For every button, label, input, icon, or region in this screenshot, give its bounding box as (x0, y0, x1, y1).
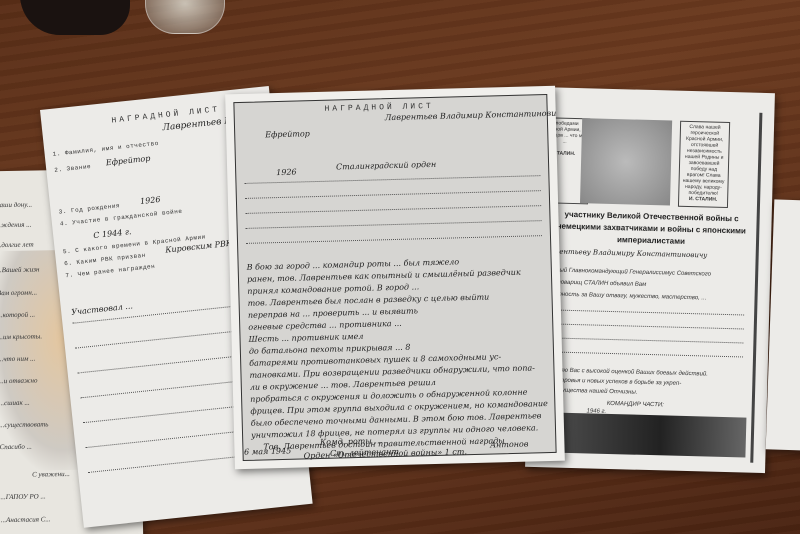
award-sheet-center: НАГРАДНОЙ ЛИСТ Лаврентьев Владимир Конст… (225, 86, 565, 470)
quote-signature: И. СТАЛИН. (689, 196, 718, 203)
citation-line: огневые средства ... противника ... (248, 319, 402, 332)
field-label: 3. Год рождения (58, 202, 120, 215)
ruled-line (245, 190, 541, 199)
letter-line: ...которой ... (0, 311, 35, 320)
lenin-stalin-portrait (580, 118, 672, 205)
letter-line: С уважени... (32, 470, 70, 479)
letter-line: ...Вашей жизн (0, 265, 39, 274)
body-line: благодарность за Вашу отвагу, мужество, … (536, 291, 764, 303)
letter-line: ...что ним ... (0, 355, 35, 364)
handwritten-value: Ефрейтор (105, 154, 150, 168)
handwritten-unit: Сталинградский орден (336, 160, 436, 172)
citation-line: переправ на ... проверить ... и выявить (248, 306, 418, 319)
heading-line: империалистами (537, 233, 765, 248)
recipient-name: Лаврентьеву Владимиру Константиновичу (541, 247, 708, 259)
signature-role: Ст. лейтенант (330, 447, 399, 458)
closing-line: ление могущества нашей Отчизны. (533, 387, 761, 399)
letter-line: ...сшиак ... (0, 399, 30, 408)
letter-line: ...и отважно (0, 376, 38, 385)
quote-text: Слава нашей героической Красной Армии, о… (683, 124, 725, 197)
handwritten-value: 1926 (140, 195, 161, 206)
ruled-line (536, 337, 743, 343)
letter-line: Вам огромн... (0, 288, 37, 297)
ruled-line (537, 323, 744, 329)
handwritten-value: Участвовал ... (71, 301, 133, 316)
award-frame: НАГРАДНОЙ ЛИСТ Лаврентьев Владимир Конст… (233, 94, 556, 461)
letter-line: ...существовать (0, 420, 49, 429)
ruled-line (537, 309, 744, 315)
handwritten-rank: Ефрейтор (265, 129, 310, 139)
field-label: 2. Звание (54, 163, 91, 174)
ruled-line (246, 235, 542, 244)
letter-line: Ваши дону... (0, 201, 32, 210)
citation-line: до батальона пехоты прикрывая ... 8 (249, 343, 411, 356)
body-line: Верховный Главнокомандующий Генералиссим… (536, 267, 764, 279)
citation-line: принял командование ротой. В город ... (247, 282, 419, 295)
letter-line: ...долгие лет (0, 241, 34, 250)
citation-line: Шесть ... противник имел (248, 332, 363, 344)
ruled-line (246, 220, 542, 229)
letter-line: Спасибо ... (0, 443, 32, 452)
letter-line: ...ждения ... (0, 221, 32, 230)
award-date: 6 мая 1945 (244, 446, 291, 456)
letter-line: ...им крысоты. (0, 332, 42, 341)
quote-right: Слава нашей героической Красной Армии, о… (678, 121, 730, 208)
ruled-line (245, 205, 541, 214)
signature-right: Антонов (490, 439, 529, 449)
commander-title: Комд. роты ... (320, 436, 382, 447)
letter-line: ...ГАПОУ РО ... (0, 492, 45, 501)
handwritten-value: С 1944 г. (93, 227, 132, 240)
body-line: Союза товарищ СТАЛИН объявил Вам (536, 279, 764, 291)
handwritten-birth-year: 1926 (276, 168, 297, 178)
ruled-line (536, 351, 743, 357)
letter-line: ...Анастасия С... (1, 515, 51, 524)
